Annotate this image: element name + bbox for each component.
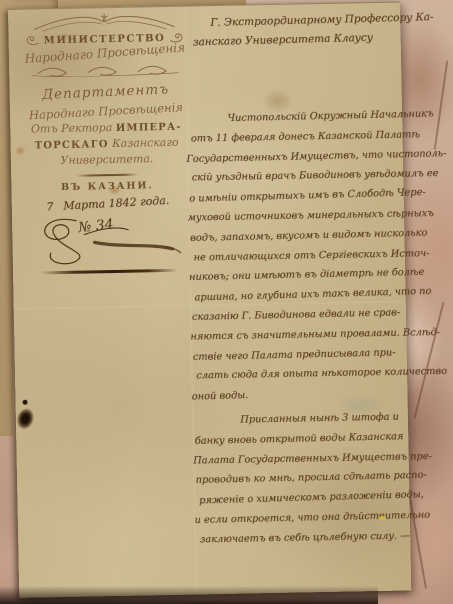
corner-shadow: [0, 568, 40, 604]
manuscript-page: МИНИСТЕРСТВО Народнаго Просвѣщенія Депар…: [8, 1, 411, 597]
letterhead-place: ВЪ КАЗАНИ.: [17, 179, 197, 193]
letterhead-kazan-script: Казанскаго: [112, 136, 179, 150]
manuscript-line: няются съ значительными провалами. Вслѣд…: [190, 323, 410, 347]
ink-speck: [23, 400, 28, 405]
manuscript-line: Палата Государственныхъ Имуществъ пре-: [193, 447, 413, 471]
ministry-letterhead: МИНИСТЕРСТВО Народнаго Просвѣщенія Депар…: [14, 8, 199, 274]
recipient-address: Г. Экстраординарному Профессору Ка- занс…: [210, 11, 434, 48]
marble-vein: [434, 60, 448, 149]
scroll-ornament: [25, 34, 41, 46]
address-line: занскаго Университета Клаусу: [193, 30, 435, 48]
letterhead-university-script: Университета.: [60, 152, 153, 167]
date-day: 7: [46, 200, 54, 213]
flourish-ornament: [24, 11, 184, 34]
marble-vein: [414, 302, 444, 419]
yellow-fleck: [379, 516, 386, 520]
address-line: Г. Экстраординарному Профессору Ка-: [210, 11, 434, 29]
manuscript-line: Присланныя нынѣ 3 штофа и: [240, 407, 412, 430]
handwritten-body: Чистопольскій Окружный Начальникъ отъ 11…: [187, 105, 415, 550]
document-number-area: № 34: [18, 210, 199, 271]
letterhead-from-rector: Отъ Ректора: [31, 121, 113, 136]
manuscript-line: заключаетъ въ себѣ цѣлебную силу. —: [200, 526, 415, 550]
manuscript-line: не отличающихся отъ Сергіевскихъ Источ-: [193, 244, 408, 268]
ink-blot: [14, 406, 37, 432]
letterhead-imperial-caps: ИМПЕРА-: [116, 122, 182, 134]
divider-rule: [76, 174, 138, 177]
letterhead-imperial-caps2: ТОРСКАГО: [35, 139, 109, 151]
manuscript-line: отъ 11 февраля донесъ Казанской Палатѣ: [191, 125, 406, 149]
bottom-shadow: [0, 586, 378, 604]
manuscript-line: муховой источниковъ минеральныхъ сѣрныхъ: [187, 204, 407, 228]
photo-of-manuscript: МИНИСТЕРСТВО Народнаго Просвѣщенія Депар…: [0, 0, 453, 604]
date-month-year: Марта 1842 года.: [63, 194, 170, 213]
